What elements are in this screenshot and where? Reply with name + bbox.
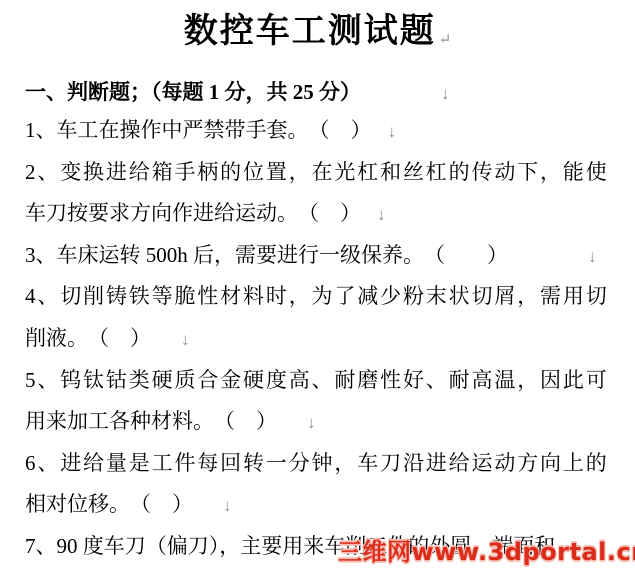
line-break-icon: ↓ [307, 413, 316, 432]
line-break-icon: ↓ [181, 330, 190, 349]
question-text: 相对位移。 （ ） [25, 492, 193, 516]
question-text: 3、车床运转 500h 后，需要进行一级保养。 （ ） [25, 243, 508, 267]
line-break-icon: ↓ [377, 205, 386, 224]
question-text: 削液。 （ ） [25, 326, 151, 350]
question-line-2: 2、变换进给箱手柄的位置，在光杠和丝杠的传动下，能使 [25, 152, 621, 194]
question-text: 4、切削铸铁等脆性材料时，为了减少粉末状切屑，需用切 [25, 284, 609, 308]
line-break-icon: ↓ [223, 496, 232, 515]
question-text: 车刀按要求方向作进给运动。 （ ） [25, 201, 361, 225]
line-break-icon: ↓ [388, 122, 397, 141]
section-heading: 一、判断题；（每题 1 分，共 25 分）↓ [25, 74, 621, 110]
question-text: 5、钨钛钴类硬质合金硬度高、耐磨性好、耐高温，因此可 [25, 368, 609, 392]
question-line-4: 4、切削铸铁等脆性材料时，为了减少粉末状切屑，需用切 [25, 276, 621, 318]
question-text: 6、进给量是工件每回转一分钟，车刀沿进给运动方向上的 [25, 451, 609, 475]
question-line-1: 1、车工在操作中严禁带手套。 （ ）↓ [25, 110, 621, 152]
question-line-2-cont: 车刀按要求方向作进给运动。 （ ）↓ [25, 193, 621, 235]
line-break-icon: ↓ [588, 247, 597, 266]
line-break-icon: ↓ [441, 84, 450, 103]
question-line-3: 3、车床运转 500h 后，需要进行一级保养。 （ ）↓ [25, 235, 621, 277]
question-line-4-cont: 削液。 （ ）↓ [25, 318, 621, 360]
page-title: 数控车工测试题↵ [0, 6, 635, 58]
question-list: 一、判断题；（每题 1 分，共 25 分）↓ 1、车工在操作中严禁带手套。 （ … [25, 74, 621, 568]
question-text: 2、变换进给箱手柄的位置，在光杠和丝杠的传动下，能使 [25, 160, 609, 184]
question-text: 用来加工各种材料。 （ ） [25, 409, 277, 433]
watermark: 三维网www.3dportal.cn [338, 532, 635, 567]
question-line-5: 5、钨钛钴类硬质合金硬度高、耐磨性好、耐高温，因此可 [25, 360, 621, 402]
question-text: 1、车工在操作中严禁带手套。 （ ） [25, 118, 372, 142]
section-heading-text: 一、判断题；（每题 1 分，共 25 分） [25, 80, 361, 104]
question-line-5-cont: 用来加工各种材料。 （ ）↓ [25, 401, 621, 443]
page-title-text: 数控车工测试题 [184, 13, 436, 50]
document-page: 数控车工测试题↵ 一、判断题；（每题 1 分，共 25 分）↓ 1、车工在操作中… [0, 0, 635, 570]
paragraph-mark-icon: ↵ [439, 32, 452, 48]
question-line-6-cont: 相对位移。 （ ）↓ [25, 484, 621, 526]
question-line-6: 6、进给量是工件每回转一分钟，车刀沿进给运动方向上的 [25, 443, 621, 485]
